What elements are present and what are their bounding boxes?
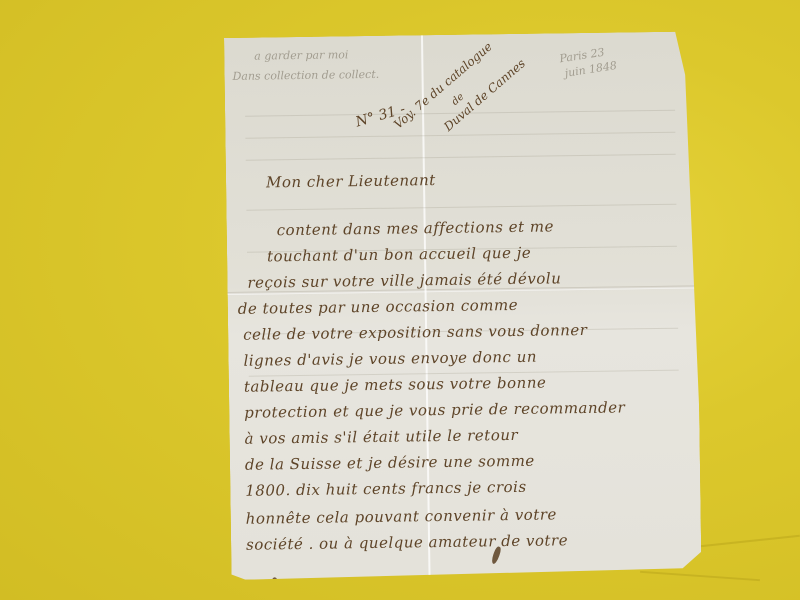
body-line: à vos amis s'il était utile le retour — [244, 426, 518, 448]
body-line: lignes d'avis je vous envoye donc un — [243, 348, 537, 370]
catalog-note: Voy. 7e du catalogue — [391, 39, 495, 131]
body-line: honnête cela pouvant convenir à votre — [246, 505, 557, 527]
body-line: touchant d'un bon accueil que je — [267, 244, 531, 266]
salutation: Mon cher Lieutenant — [266, 171, 436, 191]
pencil-note-top-left-2: Dans collection de collect. — [232, 68, 379, 83]
photo-scene: a garder par moi Dans collection de coll… — [0, 0, 800, 600]
bleed-through-line — [245, 132, 675, 139]
pencil-note-top-left-1: a garder par moi — [254, 48, 348, 62]
body-line: de toutes par une occasion comme — [238, 296, 519, 318]
body-line: société . ou à quelque amateur de votre — [246, 531, 568, 553]
body-line: celle de votre exposition sans vous donn… — [243, 321, 587, 344]
body-line: tableau que je mets sous votre bonne — [244, 374, 547, 396]
bleed-through-line — [246, 204, 676, 211]
background-crease — [640, 571, 760, 581]
ink-blot — [270, 577, 277, 586]
body-line: content dans mes affections et me — [277, 217, 555, 239]
background-crease — [700, 535, 800, 547]
body-line: 1800. dix huit cents francs je crois — [245, 478, 527, 500]
body-line: protection et que je vous prie de recomm… — [244, 398, 625, 421]
handwritten-letter: a garder par moi Dans collection de coll… — [224, 31, 702, 580]
bleed-through-line — [246, 154, 676, 161]
body-line: de la Suisse et je désire une somme — [245, 452, 535, 474]
